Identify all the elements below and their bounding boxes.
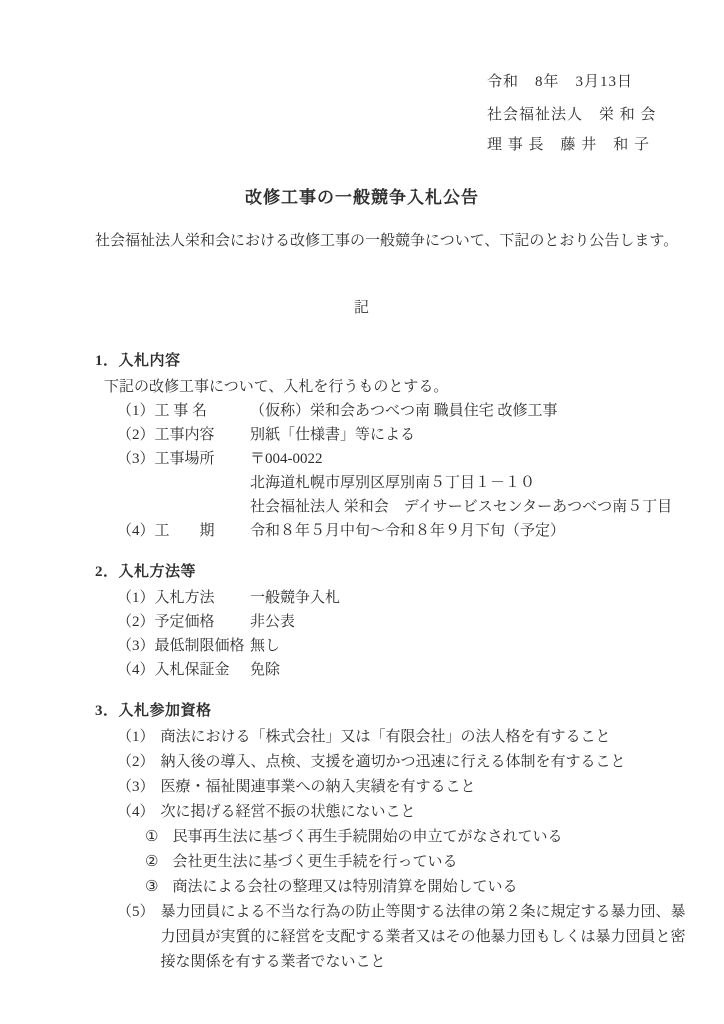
kv-row-bid-method: （1）入札方法 一般競争入札	[95, 586, 686, 610]
date-line: 令和 8年 3月13日	[487, 70, 657, 91]
list-subitem: ② 会社更生法に基づく更生手続を行っている	[95, 850, 686, 875]
list-item-number: ①	[145, 825, 158, 850]
list-item-text: 納入後の導入、点検、支援を適切かつ迅速に行える体制を有すること	[161, 750, 686, 775]
kv-row-minimum-price: （3）最低制限価格 無し	[95, 634, 686, 658]
kv-row-project-content: （2）工事内容 別紙「仕様書」等による	[95, 423, 686, 447]
document-title: 改修工事の一般競争入札公告	[0, 183, 724, 208]
list-item-number: ②	[145, 850, 158, 875]
kv-label-spacer	[117, 471, 250, 495]
list-item-number: （2）	[117, 750, 155, 775]
kv-value: 非公表	[250, 610, 686, 634]
list-item: （2） 納入後の導入、点検、支援を適切かつ迅速に行える体制を有すること	[95, 750, 686, 775]
record-mark: 記	[0, 296, 724, 317]
kv-label: （1）工 事 名	[117, 399, 250, 423]
list-item-text: 商法による会社の整理又は特別清算を開始している	[172, 875, 686, 900]
list-item-number: ③	[145, 875, 158, 900]
list-item-number: （5）	[117, 900, 155, 975]
kv-value: 令和８年５月中旬～令和８年９月下旬（予定）	[250, 519, 686, 543]
kv-value: （仮称）栄和会あつべつ南 職員住宅 改修工事	[250, 399, 686, 423]
kv-row-bid-deposit: （4）入札保証金 免除	[95, 658, 686, 682]
kv-label: （1）入札方法	[117, 586, 250, 610]
list-item: （1） 商法における「株式会社」又は「有限会社」の法人格を有すること	[95, 725, 686, 750]
kv-value: 北海道札幌市厚別区厚別南５丁目１－１０	[250, 471, 686, 495]
list-item-number: （1）	[117, 725, 155, 750]
document-page: 令和 8年 3月13日 社会福祉法人 栄 和 会 理 事 長 藤 井 和 子 改…	[0, 0, 724, 1024]
kv-row-project-location: （3）工事場所 〒004-0022	[95, 447, 686, 471]
kv-row-planned-price: （2）予定価格 非公表	[95, 610, 686, 634]
kv-value: 社会福祉法人 栄和会 デイサービスセンターあつべつ南５丁目	[250, 495, 686, 519]
issuer-organization-line: 社会福祉法人 栄 和 会	[487, 103, 657, 124]
document-header: 令和 8年 3月13日 社会福祉法人 栄 和 会 理 事 長 藤 井 和 子	[487, 70, 657, 154]
kv-label: （4）入札保証金	[117, 658, 250, 682]
kv-label: （3）最低制限価格	[117, 634, 250, 658]
kv-label-spacer	[117, 495, 250, 519]
list-item: （3） 医療・福祉関連事業への納入実績を有すること	[95, 775, 686, 800]
section-bid-qualifications: 3．入札参加資格 （1） 商法における「株式会社」又は「有限会社」の法人格を有す…	[95, 699, 686, 975]
kv-value: 一般競争入札	[250, 586, 686, 610]
document-body: 1．入札内容 下記の改修工事について、入札を行うものとする。 （1）工 事 名 …	[95, 349, 686, 992]
section-1-heading: 1．入札内容	[95, 349, 686, 370]
section-2-heading: 2．入札方法等	[95, 560, 686, 581]
kv-value: 別紙「仕様書」等による	[250, 423, 686, 447]
list-subitem: ① 民事再生法に基づく再生手続開始の申立てがなされている	[95, 825, 686, 850]
issuer-representative-line: 理 事 長 藤 井 和 子	[487, 133, 657, 154]
list-item-number: （3）	[117, 775, 155, 800]
list-item-text: 暴力団員による不当な行為の防止等関する法律の第２条に規定する暴力団、暴力団員が実…	[161, 900, 686, 975]
list-item: （5） 暴力団員による不当な行為の防止等関する法律の第２条に規定する暴力団、暴力…	[95, 900, 686, 975]
kv-row-project-name: （1）工 事 名 （仮称）栄和会あつべつ南 職員住宅 改修工事	[95, 399, 686, 423]
section-bid-method: 2．入札方法等 （1）入札方法 一般競争入札 （2）予定価格 非公表 （3）最低…	[95, 560, 686, 682]
list-item-text: 商法における「株式会社」又は「有限会社」の法人格を有すること	[161, 725, 686, 750]
list-item-text: 次に掲げる経営不振の状態にないこと	[161, 800, 686, 825]
kv-label: （4）工 期	[117, 519, 250, 543]
kv-label: （2）予定価格	[117, 610, 250, 634]
kv-label: （2）工事内容	[117, 423, 250, 447]
kv-value: 免除	[250, 658, 686, 682]
section-3-heading: 3．入札参加資格	[95, 699, 686, 720]
intro-paragraph: 社会福祉法人栄和会における改修工事の一般競争について、下記のとおり公告します。	[95, 229, 684, 250]
list-subitem: ③ 商法による会社の整理又は特別清算を開始している	[95, 875, 686, 900]
list-item-text: 会社更生法に基づく更生手続を行っている	[172, 850, 686, 875]
kv-label: （3）工事場所	[117, 447, 250, 471]
list-item: （4） 次に掲げる経営不振の状態にないこと	[95, 800, 686, 825]
list-item-number: （4）	[117, 800, 155, 825]
list-item-text: 医療・福祉関連事業への納入実績を有すること	[161, 775, 686, 800]
kv-row-project-location-facility: 社会福祉法人 栄和会 デイサービスセンターあつべつ南５丁目	[95, 495, 686, 519]
kv-row-project-period: （4）工 期 令和８年５月中旬～令和８年９月下旬（予定）	[95, 519, 686, 543]
list-item-text: 民事再生法に基づく再生手続開始の申立てがなされている	[172, 825, 686, 850]
section-bid-details: 1．入札内容 下記の改修工事について、入札を行うものとする。 （1）工 事 名 …	[95, 349, 686, 543]
kv-row-project-location-address: 北海道札幌市厚別区厚別南５丁目１－１０	[95, 471, 686, 495]
kv-value: 〒004-0022	[250, 447, 686, 471]
kv-value: 無し	[250, 634, 686, 658]
section-1-lead: 下記の改修工事について、入札を行うものとする。	[95, 375, 686, 396]
